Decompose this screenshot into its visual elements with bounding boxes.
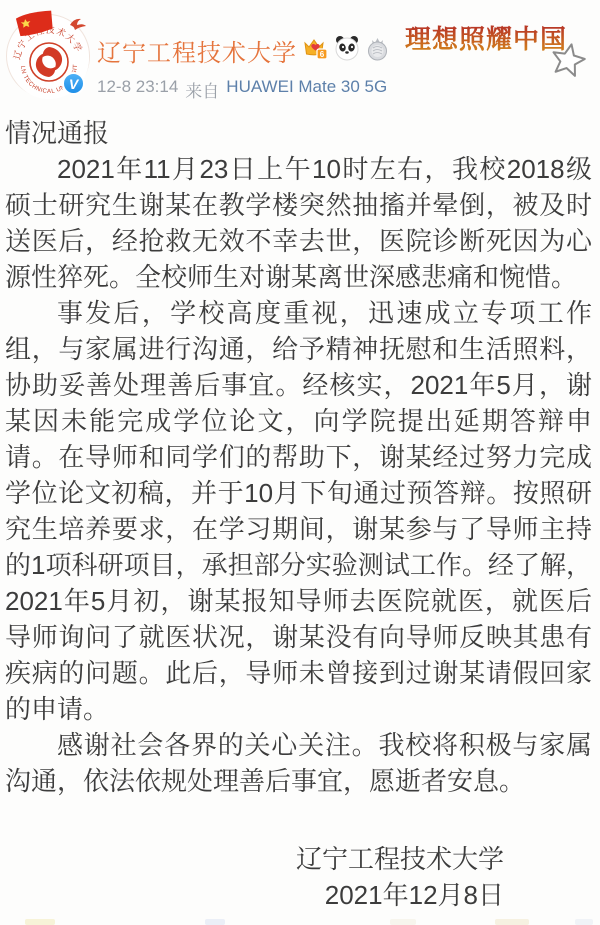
avatar[interactable]: 辽宁工程技术大学 LN TECHNICAL UNIVERSITY V bbox=[6, 14, 94, 102]
signature-date: 2021年12月8日 bbox=[5, 877, 592, 913]
star-outline-icon bbox=[544, 37, 591, 84]
paragraph-1: 2021年11月23日上午10时左右，我校2018级硕士研究生谢某在教学楼突然抽… bbox=[5, 151, 592, 295]
source-prefix: 来自 bbox=[185, 77, 219, 102]
panda-badge-icon[interactable] bbox=[334, 35, 360, 66]
verified-badge-icon: V bbox=[62, 72, 85, 95]
svg-text:6: 6 bbox=[320, 50, 325, 59]
post-timestamp: 12-8 23:14 bbox=[97, 77, 178, 102]
signature: 辽宁工程技术大学 bbox=[5, 841, 592, 877]
paragraph-3: 感谢社会各界的关心关注。我校将积极与家属沟通，依法依规处理善后事宜，愿逝者安息。 bbox=[5, 727, 592, 799]
post-header: 辽宁工程技术大学 LN TECHNICAL UNIVERSITY V 辽宁 bbox=[0, 0, 600, 112]
china-flag-icon bbox=[13, 8, 57, 41]
phoenix-bird-icon bbox=[69, 17, 87, 31]
silver-medal-badge-icon[interactable] bbox=[365, 35, 390, 66]
paragraph-2: 事发后，学校高度重视，迅速成立专项工作组，与家属进行沟通，给予精神抚慰和生活照料… bbox=[5, 295, 592, 727]
cropped-next-content bbox=[0, 917, 600, 925]
username[interactable]: 辽宁工程技术大学 bbox=[97, 33, 297, 68]
post-body: 情况通报 2021年11月23日上午10时左右，我校2018级硕士研究生谢某在教… bbox=[0, 115, 600, 913]
campaign-banner: 理想照耀中国 bbox=[405, 19, 567, 56]
vip-crown-badge-icon[interactable]: 6 bbox=[302, 36, 329, 65]
post-title: 情况通报 bbox=[5, 115, 592, 151]
source-device-link[interactable]: HUAWEI Mate 30 5G bbox=[226, 77, 387, 102]
